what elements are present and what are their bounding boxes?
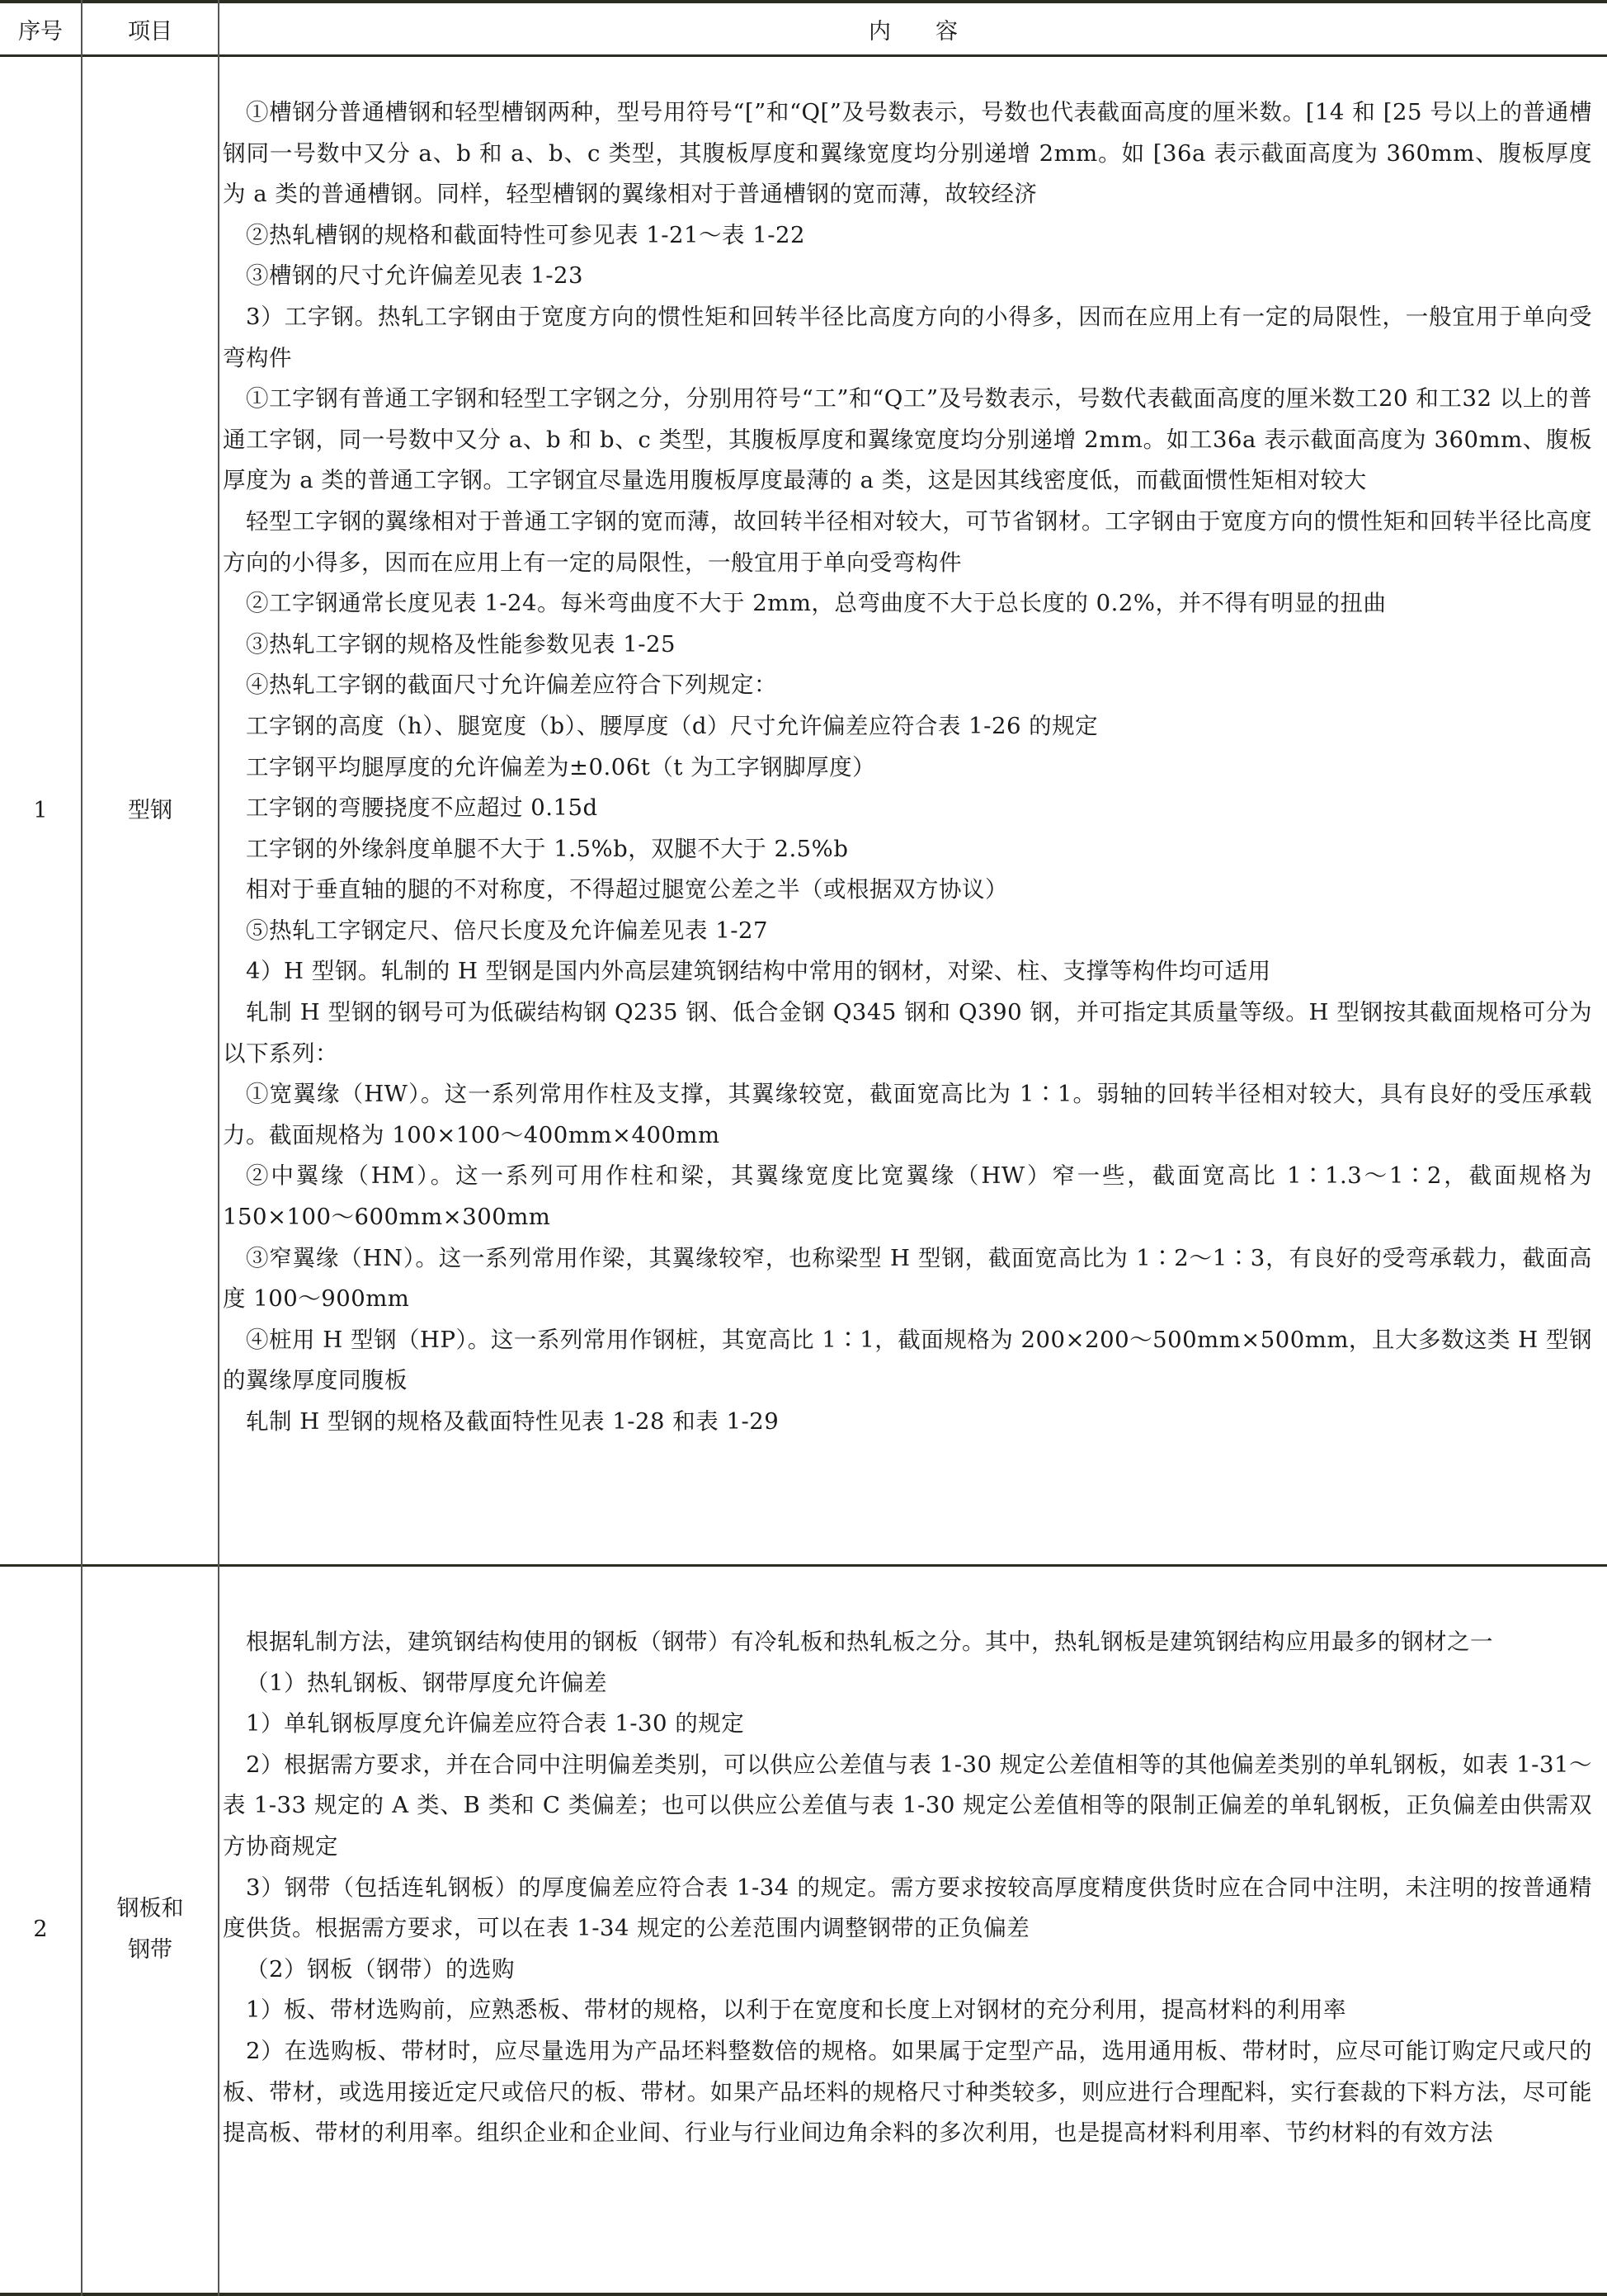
paragraph: 相对于垂直轴的腿的不对称度，不得超过腿宽公差之半（或根据双方协议） bbox=[223, 870, 1592, 911]
paragraph: 3）钢带（包括连轧钢板）的厚度偏差应符合表 1-34 的规定。需方要求按较高厚度… bbox=[223, 1868, 1592, 1949]
paragraph: 2）根据需方要求，并在合同中注明偏差类别，可以供应公差值与表 1-30 规定公差… bbox=[223, 1745, 1592, 1868]
header-col-no: 序号 bbox=[0, 3, 81, 54]
header-col-item: 项目 bbox=[82, 3, 218, 54]
row-divider bbox=[0, 1564, 1607, 1567]
paragraph: 4）H 型钢。轧制的 H 型钢是国内外高层建筑钢结构中常用的钢材，对梁、柱、支撑… bbox=[223, 951, 1592, 992]
paragraph: ⑤热轧工字钢定尺、倍尺长度及允许偏差见表 1-27 bbox=[223, 911, 1592, 952]
paragraph: 工字钢的高度（h）、腿宽度（b）、腰厚度（d）尺寸允许偏差应符合表 1-26 的… bbox=[223, 706, 1592, 747]
paragraph: 1）单轧钢板厚度允许偏差应符合表 1-30 的规定 bbox=[223, 1704, 1592, 1745]
paragraph: 1）板、带材选购前，应熟悉板、带材的规格，以利于在宽度和长度上对钢材的充分利用，… bbox=[223, 1990, 1592, 2031]
row-2-number: 2 bbox=[0, 1567, 81, 2293]
paragraph: ③窄翼缘（HN）。这一系列常用作梁，其翼缘较窄，也称梁型 H 型钢，截面宽高比为… bbox=[223, 1238, 1592, 1320]
paragraph: 3）工字钢。热轧工字钢由于宽度方向的惯性矩和回转半径比高度方向的小得多，因而在应… bbox=[223, 297, 1592, 379]
table-bottom-border bbox=[0, 2293, 1607, 2296]
paragraph: ②中翼缘（HM）。这一系列可用作柱和梁，其翼缘宽度比宽翼缘（HW）窄一些，截面宽… bbox=[223, 1156, 1592, 1238]
paragraph: 根据轧制方法，建筑钢结构使用的钢板（钢带）有冷轧板和热轧板之分。其中，热轧钢板是… bbox=[223, 1622, 1592, 1663]
paragraph: ③槽钢的尺寸允许偏差见表 1-23 bbox=[223, 256, 1592, 297]
header-col-content: 内 容 bbox=[219, 3, 1607, 54]
paragraph: （1）热轧钢板、钢带厚度允许偏差 bbox=[223, 1663, 1592, 1704]
row-1-content: ①槽钢分普通槽钢和轻型槽钢两种，型号用符号“[”和“Q[”及号数表示，号数也代表… bbox=[223, 92, 1592, 1443]
paragraph: 工字钢的外缘斜度单腿不大于 1.5%b，双腿不大于 2.5%b bbox=[223, 829, 1592, 870]
paragraph: ④桩用 H 型钢（HP）。这一系列常用作钢桩，其宽高比 1∶1，截面规格为 20… bbox=[223, 1320, 1592, 1402]
paragraph: 2）在选购板、带材时，应尽量选用为产品坯料整数倍的规格。如果属于定型产品，选用通… bbox=[223, 2031, 1592, 2154]
row-2-content: 根据轧制方法，建筑钢结构使用的钢板（钢带）有冷轧板和热轧板之分。其中，热轧钢板是… bbox=[223, 1622, 1592, 2154]
paragraph: ④热轧工字钢的截面尺寸允许偏差应符合下列规定： bbox=[223, 665, 1592, 706]
paragraph: ②工字钢通常长度见表 1-24。每米弯曲度不大于 2mm，总弯曲度不大于总长度的… bbox=[223, 583, 1592, 625]
paragraph: ③热轧工字钢的规格及性能参数见表 1-25 bbox=[223, 625, 1592, 666]
paragraph: ①工字钢有普通工字钢和轻型工字钢之分，分别用符号“工”和“Q工”及号数表示，号数… bbox=[223, 379, 1592, 502]
paragraph: ①宽翼缘（HW）。这一系列常用作柱及支撑，其翼缘较宽，截面宽高比为 1∶1。弱轴… bbox=[223, 1074, 1592, 1156]
steel-materials-table: 序号 项目 内 容 1 型钢 ①槽钢分普通槽钢和轻型槽钢两种，型号用符号“[”和… bbox=[0, 0, 1607, 2296]
paragraph: ①槽钢分普通槽钢和轻型槽钢两种，型号用符号“[”和“Q[”及号数表示，号数也代表… bbox=[223, 92, 1592, 215]
paragraph: 轧制 H 型钢的规格及截面特性见表 1-28 和表 1-29 bbox=[223, 1402, 1592, 1443]
row-2-item-label: 钢板和钢带 bbox=[107, 1888, 193, 1971]
paragraph: 轻型工字钢的翼缘相对于普通工字钢的宽而薄，故回转半径相对较大，可节省钢材。工字钢… bbox=[223, 502, 1592, 583]
header-bottom-border bbox=[0, 54, 1607, 57]
row-1-item: 型钢 bbox=[82, 57, 218, 1564]
paragraph: 工字钢平均腿厚度的允许偏差为±0.06t（t 为工字钢脚厚度） bbox=[223, 747, 1592, 789]
paragraph: ②热轧槽钢的规格和截面特性可参见表 1-21～表 1-22 bbox=[223, 215, 1592, 257]
paragraph: 轧制 H 型钢的钢号可为低碳结构钢 Q235 钢、低合金钢 Q345 钢和 Q3… bbox=[223, 992, 1592, 1074]
paragraph: （2）钢板（钢带）的选购 bbox=[223, 1949, 1592, 1991]
row-2-item: 钢板和钢带 bbox=[82, 1567, 218, 2293]
paragraph: 工字钢的弯腰挠度不应超过 0.15d bbox=[223, 788, 1592, 829]
column-divider-2 bbox=[218, 0, 219, 2296]
row-1-number: 1 bbox=[0, 57, 81, 1564]
